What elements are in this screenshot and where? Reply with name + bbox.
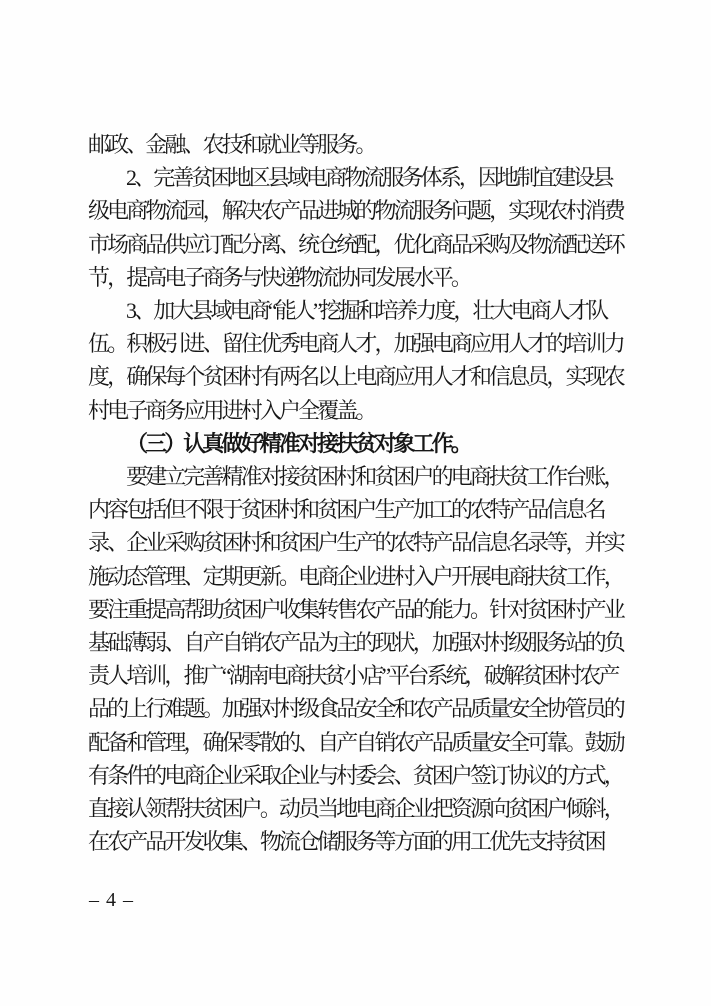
text-line: 邮政、金融、农技和就业等服务。 — [88, 128, 640, 161]
text-line: 要注重提高帮助贫困户收集转售农产品的能力。针对贫困村产业 — [88, 593, 640, 626]
text-line: 录、企业采购贫困村和贫困户生产的农特产品信息名录等，并实 — [88, 526, 640, 559]
page-number: – 4 – — [89, 889, 134, 912]
text-line: 村电子商务应用进村入户全覆盖。 — [88, 394, 640, 427]
text-line: 市场商品供应订配分离、统仓统配，优化商品采购及物流配送环 — [88, 228, 640, 261]
text-line: 有条件的电商企业采取企业与村委会、贫困户签订协议的方式， — [88, 759, 640, 792]
text-line: 伍。积极引进、留住优秀电商人才，加强电商应用人才的培训力 — [88, 327, 640, 360]
text-line: 节，提高电子商务与快递物流协同发展水平。 — [88, 261, 640, 294]
text-line: 内容包括但不限于贫困村和贫困户生产加工的农特产品信息名 — [88, 493, 640, 526]
section-heading: （三）认真做好精准对接扶贫对象工作。 — [88, 427, 640, 460]
text-line: 3、加大县域电商“能人”挖掘和培养力度，壮大电商人才队 — [88, 294, 640, 327]
text-line: 配备和管理，确保零散的、自产自销农产品质量安全可靠。鼓励 — [88, 726, 640, 759]
text-line: 直接认领帮扶贫困户。动员当地电商企业把资源向贫困户倾斜， — [88, 792, 640, 825]
text-line: 品的上行难题。加强对村级食品安全和农产品质量安全协管员的 — [88, 692, 640, 725]
document-body: 邮政、金融、农技和就业等服务。 2、完善贫困地区县域电商物流服务体系，因地制宜建… — [88, 128, 640, 858]
text-line: 在农产品开发收集、物流仓储服务等方面的用工优先支持贫困 — [88, 825, 640, 858]
text-line: 2、完善贫困地区县域电商物流服务体系，因地制宜建设县 — [88, 161, 640, 194]
text-line: 度，确保每个贫困村有两名以上电商应用人才和信息员，实现农 — [88, 360, 640, 393]
text-line: 责人培训，推广“湖南电商扶贫小店”平台系统，破解贫困村农产 — [88, 659, 640, 692]
text-line: 基础薄弱、自产自销农产品为主的现状，加强对村级服务站的负 — [88, 626, 640, 659]
text-line: 级电商物流园，解决农产品进城的物流服务问题，实现农村消费 — [88, 194, 640, 227]
text-line: 要建立完善精准对接贫困村和贫困户的电商扶贫工作台账， — [88, 460, 640, 493]
document-page: 邮政、金融、农技和就业等服务。 2、完善贫困地区县域电商物流服务体系，因地制宜建… — [0, 0, 711, 1006]
text-line: 施动态管理、定期更新。电商企业进村入户开展电商扶贫工作， — [88, 560, 640, 593]
